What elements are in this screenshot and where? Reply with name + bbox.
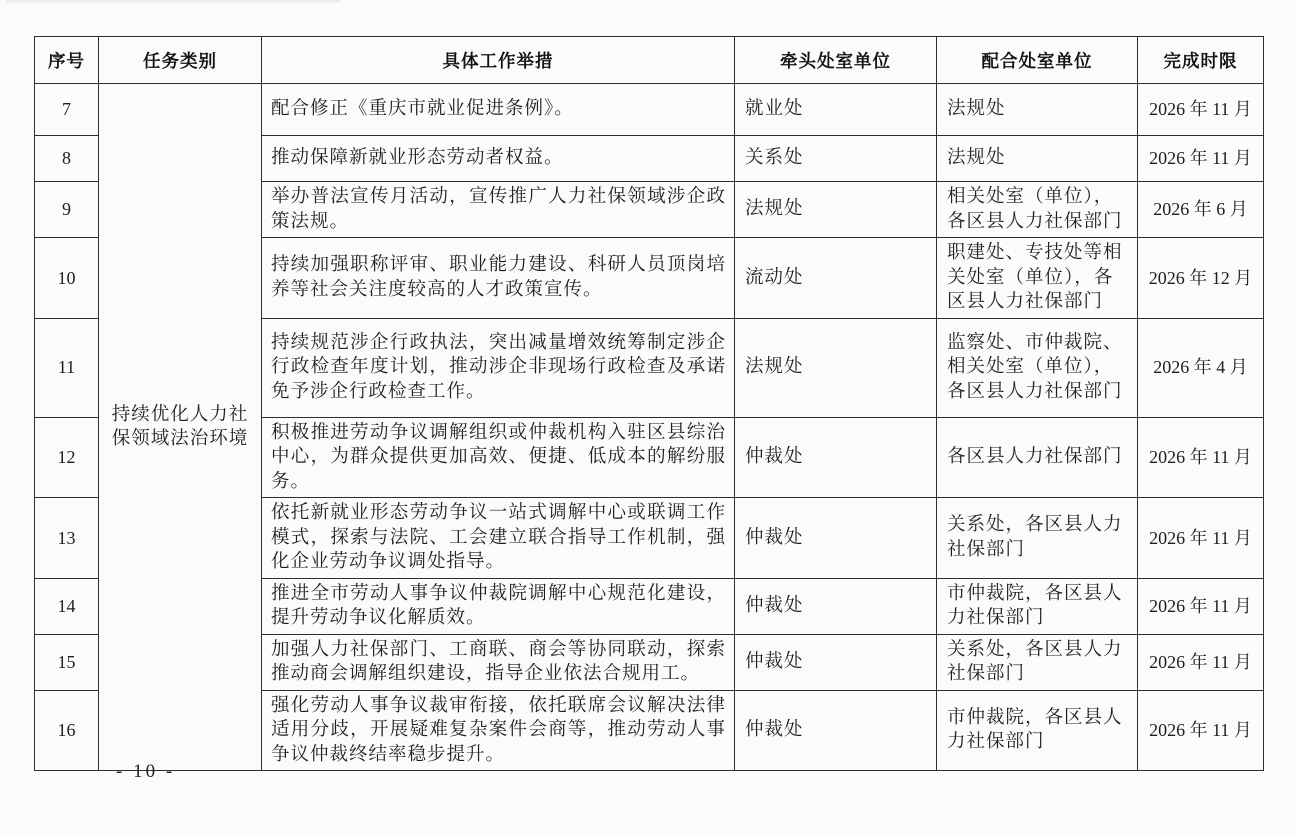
table-row: 7 持续优化人力社保领域法治环境配合修正《重庆市就业促进条例》。 就业处 法规处… (35, 84, 1264, 136)
measure-cell: 推动保障新就业形态劳动者权益。 (262, 136, 735, 182)
measure-cell: 依托新就业形态劳动争议一站式调解中心或联调工作模式，探索与法院、工会建立联合指导… (262, 498, 735, 579)
header-task-category: 任务类别 (99, 37, 262, 84)
deadline-cell: 2026 年 11 月 (1138, 417, 1264, 498)
row-number-cell: 14 (35, 578, 99, 634)
deadline-cell: 2026 年 12 月 (1138, 238, 1264, 319)
lead-unit-cell: 法规处 (735, 182, 937, 238)
deadline-cell: 2026 年 6 月 (1138, 182, 1264, 238)
row-number-cell: 11 (35, 318, 99, 417)
support-unit-cell: 法规处 (937, 84, 1138, 136)
header-support-unit: 配合处室单位 (937, 37, 1138, 84)
work-measures-table: 序号 任务类别 具体工作举措 牵头处室单位 配合处室单位 完成时限 7 持续优化… (34, 36, 1264, 771)
header-deadline: 完成时限 (1138, 37, 1264, 84)
support-unit-cell: 市仲裁院，各区县人力社保部门 (937, 578, 1138, 634)
row-number-cell: 15 (35, 634, 99, 690)
lead-unit-cell: 流动处 (735, 238, 937, 319)
row-number-cell: 10 (35, 238, 99, 319)
deadline-cell: 2026 年 11 月 (1138, 578, 1264, 634)
measure-cell: 持续加强职称评审、职业能力建设、科研人员顶岗培养等社会关注度较高的人才政策宣传。 (262, 238, 735, 319)
lead-unit-cell: 仲裁处 (735, 634, 937, 690)
measure-cell: 持续规范涉企行政执法，突出减量增效统筹制定涉企行政检查年度计划，推动涉企非现场行… (262, 318, 735, 417)
support-unit-cell: 职建处、专技处等相关处室（单位），各区县人力社保部门 (937, 238, 1138, 319)
lead-unit-cell: 法规处 (735, 318, 937, 417)
header-lead-unit: 牵头处室单位 (735, 37, 937, 84)
measure-cell: 推进全市劳动人事争议仲裁院调解中心规范化建设，提升劳动争议化解质效。 (262, 578, 735, 634)
support-unit-cell: 法规处 (937, 136, 1138, 182)
support-unit-cell: 监察处、市仲裁院、相关处室（单位），各区县人力社保部门 (937, 318, 1138, 417)
row-number-cell: 12 (35, 417, 99, 498)
lead-unit-cell: 关系处 (735, 136, 937, 182)
support-unit-cell: 各区县人力社保部门 (937, 417, 1138, 498)
lead-unit-cell: 就业处 (735, 84, 937, 136)
row-number-cell: 13 (35, 498, 99, 579)
lead-unit-cell: 仲裁处 (735, 690, 937, 771)
support-unit-cell: 关系处，各区县人力社保部门 (937, 498, 1138, 579)
lead-unit-cell: 仲裁处 (735, 417, 937, 498)
deadline-cell: 2026 年 11 月 (1138, 136, 1264, 182)
lead-unit-cell: 仲裁处 (735, 498, 937, 579)
task-category-cell: 持续优化人力社保领域法治环境 (99, 84, 262, 771)
deadline-cell: 2026 年 11 月 (1138, 634, 1264, 690)
page-number: - 10 - (116, 761, 175, 783)
row-number-cell: 8 (35, 136, 99, 182)
row-number-cell: 7 (35, 84, 99, 136)
header-serial-number: 序号 (35, 37, 99, 84)
measure-cell: 积极推进劳动争议调解组织或仲裁机构入驻区县综治中心，为群众提供更加高效、便捷、低… (262, 417, 735, 498)
scan-artifact (6, 0, 340, 4)
header-work-measures: 具体工作举措 (262, 37, 735, 84)
support-unit-cell: 市仲裁院，各区县人力社保部门 (937, 690, 1138, 771)
support-unit-cell: 相关处室（单位），各区县人力社保部门 (937, 182, 1138, 238)
lead-unit-cell: 仲裁处 (735, 578, 937, 634)
row-number-cell: 16 (35, 690, 99, 771)
deadline-cell: 2026 年 11 月 (1138, 498, 1264, 579)
support-unit-cell: 关系处，各区县人力社保部门 (937, 634, 1138, 690)
deadline-cell: 2026 年 11 月 (1138, 84, 1264, 136)
deadline-cell: 2026 年 4 月 (1138, 318, 1264, 417)
row-number-cell: 9 (35, 182, 99, 238)
table-header-row: 序号 任务类别 具体工作举措 牵头处室单位 配合处室单位 完成时限 (35, 37, 1264, 84)
measure-cell: 配合修正《重庆市就业促进条例》。 (262, 84, 735, 136)
deadline-cell: 2026 年 11 月 (1138, 690, 1264, 771)
measure-cell: 加强人力社保部门、工商联、商会等协同联动，探索推动商会调解组织建设，指导企业依法… (262, 634, 735, 690)
measure-cell: 举办普法宣传月活动，宣传推广人力社保领域涉企政策法规。 (262, 182, 735, 238)
measure-cell: 强化劳动人事争议裁审衔接，依托联席会议解决法律适用分歧，开展疑难复杂案件会商等，… (262, 690, 735, 771)
